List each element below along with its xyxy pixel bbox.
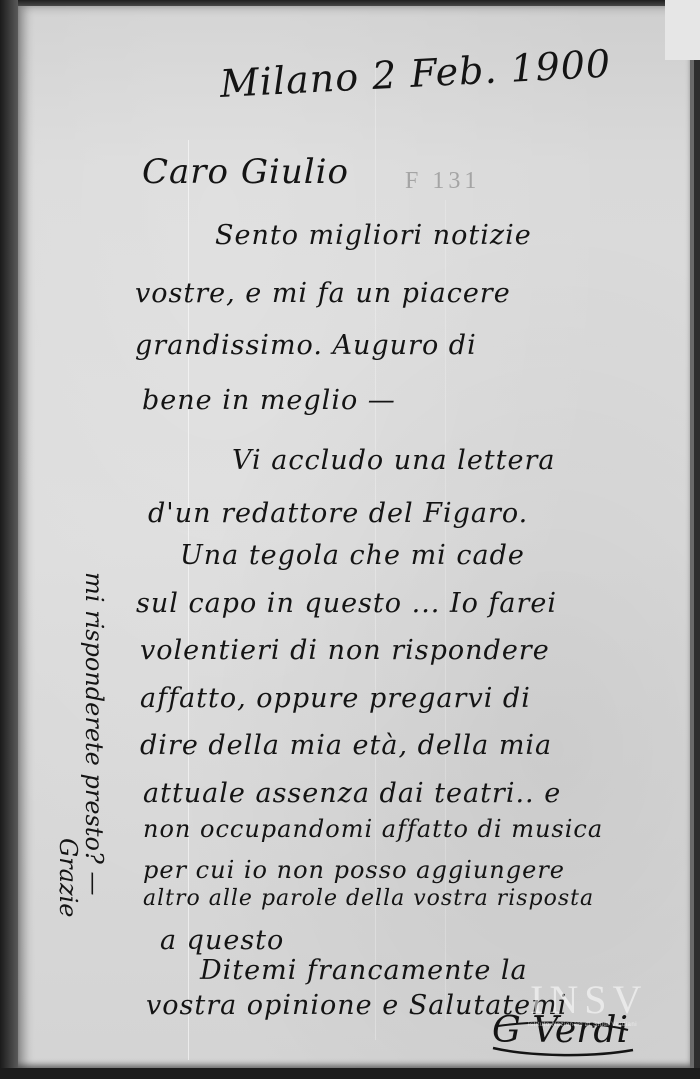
letter-line: Sento migliori notizie — [215, 220, 532, 251]
letter-line: dire della mia età, della mia — [140, 730, 552, 761]
letter-line: attuale assenza dai teatri.. e — [143, 778, 561, 809]
letter-line: affatto, oppure pregarvi di — [140, 683, 531, 714]
letter-line: Ditemi francamente la — [200, 955, 528, 986]
photo-left-edge — [0, 0, 18, 1079]
letter-line: volentieri di non rispondere — [140, 635, 550, 666]
letter-line: Vi accludo una lettera — [232, 445, 555, 476]
margin-note: mi risponderete presto? — — [80, 572, 108, 895]
letter-line: Una tegola che mi cade — [180, 540, 525, 571]
letter-line: grandissimo. Auguro di — [135, 330, 477, 361]
letter-line: sul capo in questo ... Io farei — [136, 588, 557, 619]
margin-note: Grazie — [54, 838, 82, 917]
letter-line: non occupandomi affatto di musica — [143, 815, 603, 843]
letter-line: a questo — [160, 925, 284, 956]
watermark-subtitle: Istituto Nazionale di Studi Verdiani — [528, 1022, 637, 1028]
watermark: INSV — [530, 976, 647, 1023]
photo-bottom-edge — [0, 1068, 700, 1079]
letter-line: bene in meglio — — [142, 385, 396, 416]
sheet-right-edge — [690, 60, 694, 1070]
letter-line: per cui io non posso aggiungere — [143, 856, 565, 884]
salutation: Caro Giulio — [142, 152, 349, 192]
letter-line: altro alle parole della vostra risposta — [143, 886, 594, 911]
letter-line: d'un redattore del Figaro. — [148, 498, 528, 529]
letter-line: vostre, e mi fa un piacere — [135, 278, 511, 309]
archive-stamp: F 131 — [405, 168, 480, 195]
letter-photograph: Milano 2 Feb. 1900 F 131 Caro Giulio Sen… — [0, 0, 700, 1079]
photo-corner — [665, 0, 700, 60]
